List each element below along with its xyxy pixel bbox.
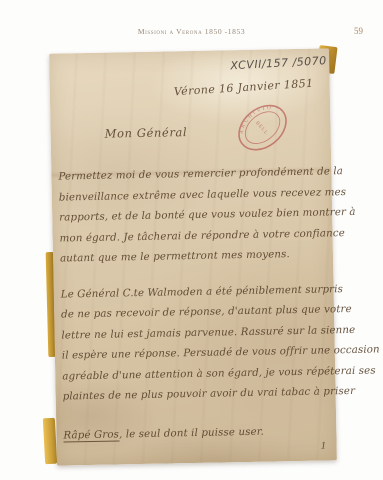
sheet-number: 1 <box>321 441 327 451</box>
body-line: autant que me le permettront mes moyens. <box>60 243 330 269</box>
running-header: Missioni a Verona 1850 -1853 <box>0 27 383 36</box>
body-line: plaintes de ne plus pouvoir avoir du vra… <box>62 381 332 407</box>
date-line: Vérone 16 Janvier 1851 <box>173 77 313 99</box>
closing-line: Râpé Gros, le seul dont il puisse user. <box>63 420 333 446</box>
archive-stamp-icon: ARCHIVIO BELL <box>223 88 302 167</box>
underlined-snuff-name: Râpé Gros <box>63 428 119 442</box>
book-page: Missioni a Verona 1850 -1853 59 XCVII/15… <box>0 0 383 480</box>
stamp-center-text: BELL <box>254 121 269 137</box>
salutation: Mon Général <box>104 125 187 141</box>
page-number: 59 <box>354 26 363 36</box>
closing-rest: , le seul dont il puisse user. <box>119 425 264 440</box>
gilt-edge-bottom-left <box>43 418 57 465</box>
letter-body: Permettez moi de vous remercier profondé… <box>58 161 333 445</box>
manuscript-sheet: XCVII/157 /5070 ARCHIVIO BELL Vérone 16 … <box>49 48 337 465</box>
